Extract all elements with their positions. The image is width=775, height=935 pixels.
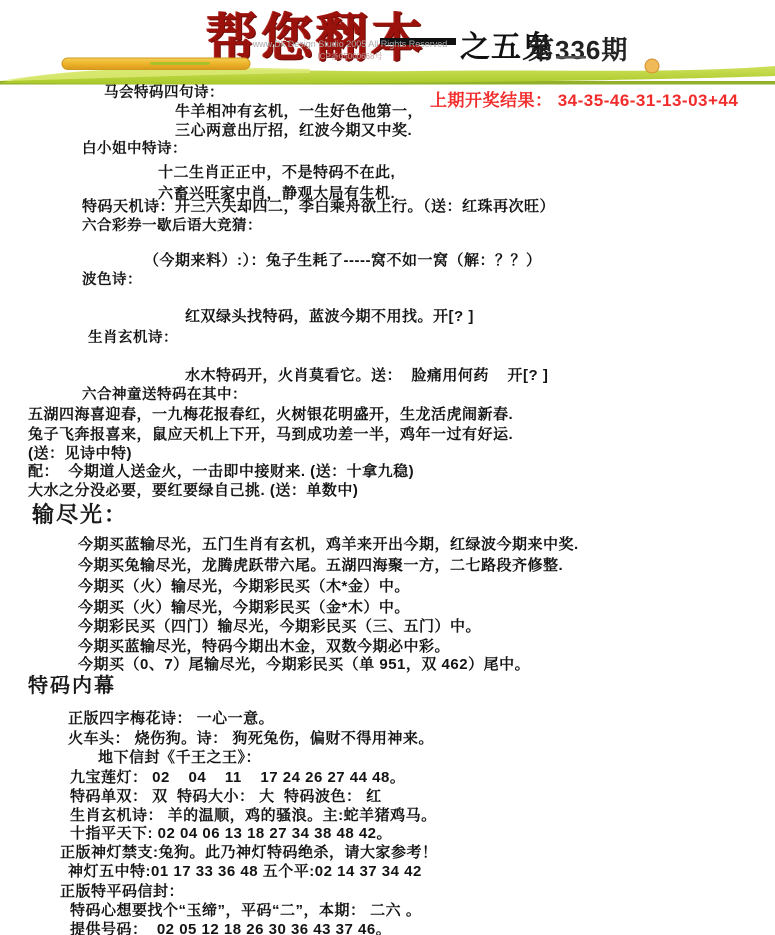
poem-line: 十二生肖正正中，不是特码不在此, (158, 163, 395, 182)
section-title-neimu: 特码内幕 (28, 677, 116, 696)
tip-sheet-page: 帮您翻本 之五鬼 第336期 www.Dk Design Studio 2005… (0, 0, 775, 935)
tianji-line: 特码天机诗：开三六失却四二，李白乘舟欲上行。（送：红珠再次旺） (82, 197, 555, 216)
neimu-line: 特码单双： 双 特码大小： 大 特码波色： 红 (70, 787, 382, 806)
section-title-shengxiao: 生肖玄机诗： (88, 329, 178, 348)
section-title-baixiaojie: 白小姐中特诗： (82, 140, 187, 159)
neimu-line: 特码心想要找个“玉缔”，平码“二”，本期： 二六 。 (70, 901, 421, 920)
shentong-line: (送：见诗中特) (28, 444, 132, 463)
section-title-xiehouyu: 六合彩券一歇后语大竞猜： (82, 217, 262, 236)
neimu-line: 神灯五中特:01 17 33 36 48 五个平:02 14 37 34 42 (68, 862, 422, 881)
shentong-line: 配： 今期道人送金火，一击即中接财来. (送：十拿九稳) (28, 462, 414, 481)
neimu-line: 九宝莲灯： 02 04 11 17 24 26 27 44 48。 (70, 768, 405, 787)
neimu-line: 正版四字梅花诗： 一心一意。 (68, 709, 274, 728)
shujinguang-line: 今期买蓝输尽光，特码今期出木金，双数今期必中彩。 (78, 637, 450, 656)
section-title-shentong: 六合神童送特码在其中： (82, 386, 247, 405)
shujinguang-line: 今期买兔输尽光，龙腾虎跃带六尾。五湖四海聚一方，二七路段齐修整. (78, 556, 563, 575)
watermark-text: www.Dk Design Studio 2005 All Rights Res… (210, 39, 490, 49)
neimu-line: 火车头： 烧伤狗。诗： 狗死兔伤，偏财不得用神来。 (68, 729, 434, 748)
shujinguang-line: 今期买（0、7）尾输尽光，今期彩民买（单 951，双 462）尾中。 (78, 655, 530, 674)
banner-dark-dash (556, 56, 586, 59)
banner-capsule-shine (150, 62, 210, 65)
banner-sun-icon (645, 59, 659, 73)
neimu-line: 提供号码： 02 05 12 18 26 30 36 43 37 46。 (70, 920, 391, 935)
poem-line: 三心两意出厅招，红波今期又中奖. (175, 121, 412, 140)
shentong-line: 兔子飞奔报喜来，鼠应天机上下开，马到成功差一半，鸡年一过有好运. (28, 425, 513, 444)
grass-banner-graphic (0, 55, 775, 87)
shujinguang-line: 今期买（火）输尽光，今期彩民买（木*金）中。 (78, 577, 410, 596)
neimu-line: 生肖玄机诗： 羊的温顺，鸡的骚浪。主:蛇羊猪鸡马。 (70, 806, 437, 825)
neimu-line: 正版神灯禁支:兔狗。此乃神灯特码绝杀，请大家参考！ (60, 843, 438, 862)
shujinguang-line: 今期买蓝输尽光，五门生肖有玄机，鸡羊来开出今期，红绿波今期来中奖. (78, 535, 579, 554)
xiehouyu-line: （今期来料）:）：兔子生耗了-----窝不如一窝（解：？？） (144, 251, 541, 270)
neimu-line: 十指平天下: 02 04 06 13 18 27 34 38 48 42。 (70, 824, 392, 843)
section-title-shujinguang: 输尽光： (32, 505, 128, 524)
neimu-line: 正版特平码信封： (60, 882, 184, 901)
section-title-bose: 波色诗： (82, 271, 142, 290)
shengxiao-line: 水木特码开，火肖莫看它。送： 脸痛用何药 开[? ] (185, 366, 548, 385)
bose-line: 红双绿头找特码，蓝波今期不用找。开[? ] (185, 307, 474, 326)
neimu-line: 地下信封《千王之王》： (98, 748, 261, 767)
section-title-mahui: 马会特码四句诗： (104, 84, 224, 103)
poem-line: 牛羊相冲有玄机，一生好色他第一， (175, 102, 423, 121)
shujinguang-line: 今期彩民买（四门）输尽光，今期彩民买（三、五门）中。 (78, 617, 481, 636)
last-draw-result: 上期开奖结果： 34-35-46-31-13-03+44 (430, 86, 738, 111)
shujinguang-line: 今期买（火）输尽光，今期彩民买（金*木）中。 (78, 598, 410, 617)
shentong-line: 五湖四海喜迎春，一九梅花报春红，火树银花明盛开，生龙活虎闹新春. (28, 405, 513, 424)
shentong-line: 大水之分没必要，要红要绿自己挑. (送：单数中) (28, 481, 358, 500)
